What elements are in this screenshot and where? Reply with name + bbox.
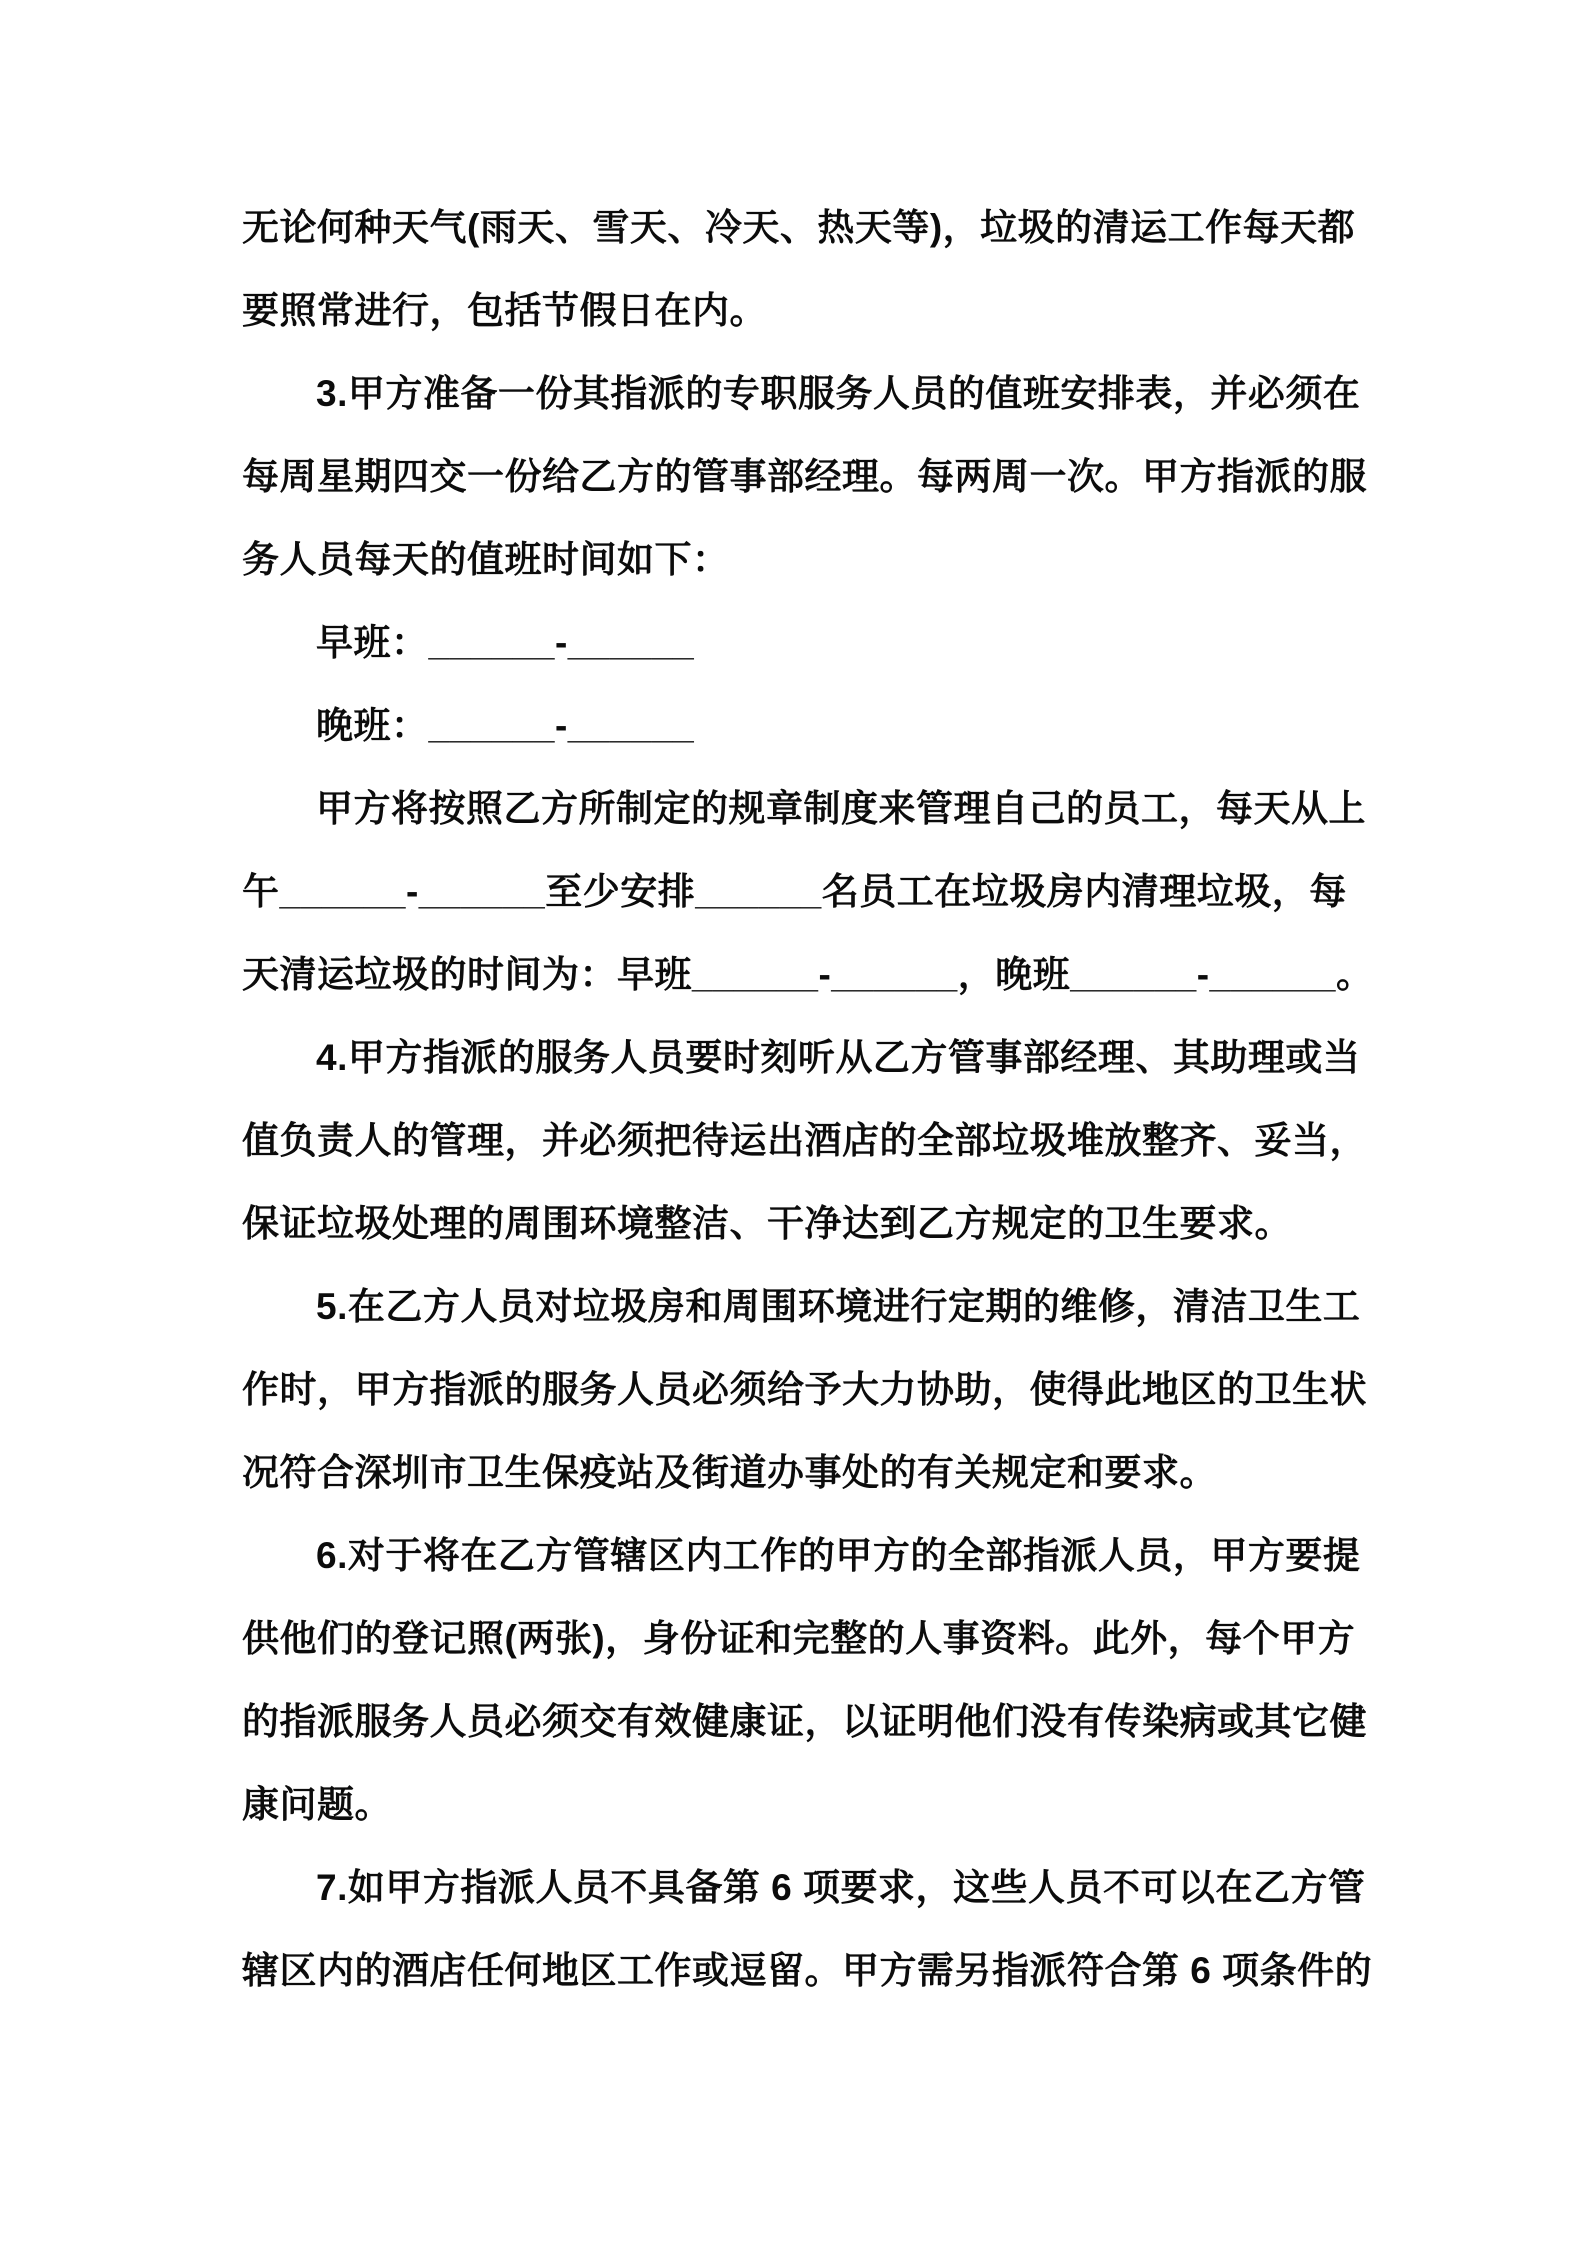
document-line-clause-5: 5.在乙方人员对垃圾房和周围环境进行定期的维修，清洁卫生工 xyxy=(242,1265,1402,1348)
document-line: 务人员每天的值班时间如下： xyxy=(242,518,1402,601)
document-line-clause-7: 7.如甲方指派人员不具备第 6 项要求，这些人员不可以在乙方管 xyxy=(242,1846,1402,1929)
document-line: 作时，甲方指派的服务人员必须给予大力协助，使得此地区的卫生状 xyxy=(242,1348,1402,1431)
document-line-morning-shift-blank: 早班：______-______ xyxy=(242,601,1402,684)
document-line: 天清运垃圾的时间为：早班______-______，晚班______-_____… xyxy=(242,933,1402,1016)
document-line: 要照常进行，包括节假日在内。 xyxy=(242,269,1402,352)
document-line: 康问题。 xyxy=(242,1763,1402,1846)
document-line: 值负责人的管理，并必须把待运出酒店的全部垃圾堆放整齐、妥当， xyxy=(242,1099,1402,1182)
document-page: 无论何种天气(雨天、雪天、冷天、热天等)，垃圾的清运工作每天都 要照常进行，包括… xyxy=(0,0,1586,2244)
document-line: 的指派服务人员必须交有效健康证，以证明他们没有传染病或其它健 xyxy=(242,1680,1402,1763)
document-line-clause-3: 3.甲方准备一份其指派的专职服务人员的值班安排表，并必须在 xyxy=(242,352,1402,435)
document-line-evening-shift-blank: 晚班：______-______ xyxy=(242,684,1402,767)
document-line: 每周星期四交一份给乙方的管事部经理。每两周一次。甲方指派的服 xyxy=(242,435,1402,518)
document-line: 况符合深圳市卫生保疫站及街道办事处的有关规定和要求。 xyxy=(242,1431,1402,1514)
document-line: 午______-______至少安排______名员工在垃圾房内清理垃圾，每 xyxy=(242,850,1402,933)
document-line: 甲方将按照乙方所制定的规章制度来管理自己的员工，每天从上 xyxy=(242,767,1402,850)
document-line: 保证垃圾处理的周围环境整洁、干净达到乙方规定的卫生要求。 xyxy=(242,1182,1402,1265)
document-body: 无论何种天气(雨天、雪天、冷天、热天等)，垃圾的清运工作每天都 要照常进行，包括… xyxy=(242,186,1402,2012)
document-line-clause-6: 6.对于将在乙方管辖区内工作的甲方的全部指派人员，甲方要提 xyxy=(242,1514,1402,1597)
document-line: 无论何种天气(雨天、雪天、冷天、热天等)，垃圾的清运工作每天都 xyxy=(242,186,1402,269)
document-line: 辖区内的酒店任何地区工作或逗留。甲方需另指派符合第 6 项条件的 xyxy=(242,1929,1402,2012)
document-line-clause-4: 4.甲方指派的服务人员要时刻听从乙方管事部经理、其助理或当 xyxy=(242,1016,1402,1099)
document-line: 供他们的登记照(两张)，身份证和完整的人事资料。此外，每个甲方 xyxy=(242,1597,1402,1680)
